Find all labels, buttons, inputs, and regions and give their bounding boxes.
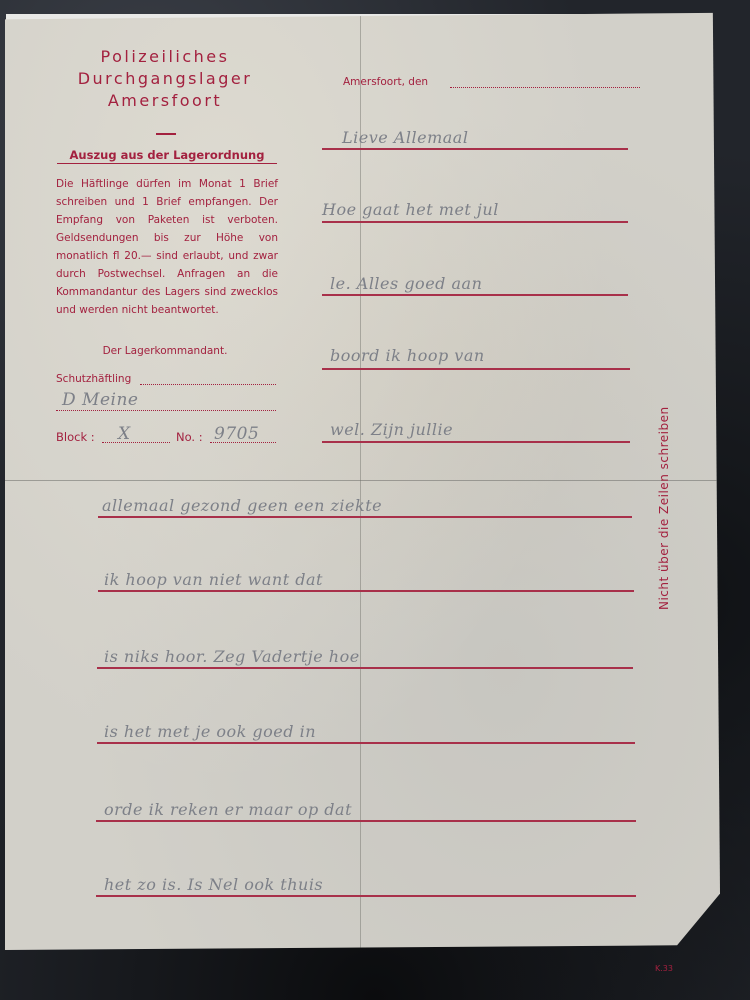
writing-rule-6 [98,516,632,518]
writing-rule-7 [98,590,634,592]
letter-line-10: orde ik reken er maar op dat [104,800,352,819]
title-divider [156,133,176,135]
writing-rule-10 [96,820,636,822]
margin-instruction: Nicht über die Zeilen schreiben [657,406,671,610]
letter-line-8: is niks hoor. Zeg Vadertje hoe [104,647,360,666]
writing-rule-2 [322,221,628,223]
writing-rule-4 [322,368,630,370]
letter-line-1: Lieve Allemaal [342,128,468,147]
prisoner-name-handwritten: D Meine [62,390,138,410]
camp-title: Polizeiliches Durchgangslager Amersfoort [50,46,280,112]
letter-line-7: ik hoop van niet want dat [104,570,323,589]
camp-rules-text: Die Häftlinge dürfen im Monat 1 Brief sc… [56,175,278,319]
letter-line-2: Hoe gaat het met jul [322,200,499,219]
title-line-2: Durchgangslager [50,68,280,90]
title-line-3: Amersfoort [50,90,280,112]
print-code-stamp: K.33 [655,964,673,973]
writing-rule-1 [322,148,628,150]
writing-rule-11 [96,895,636,897]
letter-line-5: wel. Zijn jullie [330,420,453,439]
block-value-handwritten: X [118,424,131,444]
letter-line-11: het zo is. Is Nel ook thuis [104,875,323,894]
letter-line-4: boord ik hoop van [330,346,485,365]
number-label: No. : [176,430,203,444]
horizontal-fold-crease [5,480,720,481]
letter-line-3: le. Alles goed aan [330,274,482,293]
writing-rule-8 [97,667,633,669]
name-dotted-line [56,410,276,411]
title-line-1: Polizeiliches [50,46,280,68]
date-label: Amersfoort, den [343,76,428,88]
block-label: Block : [56,430,95,444]
commandant-signature: Der Lagerkommandant. [60,345,270,357]
block-dotted-line [102,442,170,443]
writing-rule-3 [322,294,628,296]
letter-line-6: allemaal gezond geen een ziekte [102,496,382,515]
number-value-handwritten: 9705 [214,424,259,444]
writing-rule-9 [97,742,635,744]
prisoner-label: Schutzhäftling [56,373,131,385]
writing-rule-5 [322,441,630,443]
rules-heading: Auszug aus der Lagerordnung [57,148,277,164]
letter-line-9: is het met je ook goed in [104,722,316,741]
prisoner-dotted-line [140,384,276,385]
date-dotted-line [450,87,640,88]
